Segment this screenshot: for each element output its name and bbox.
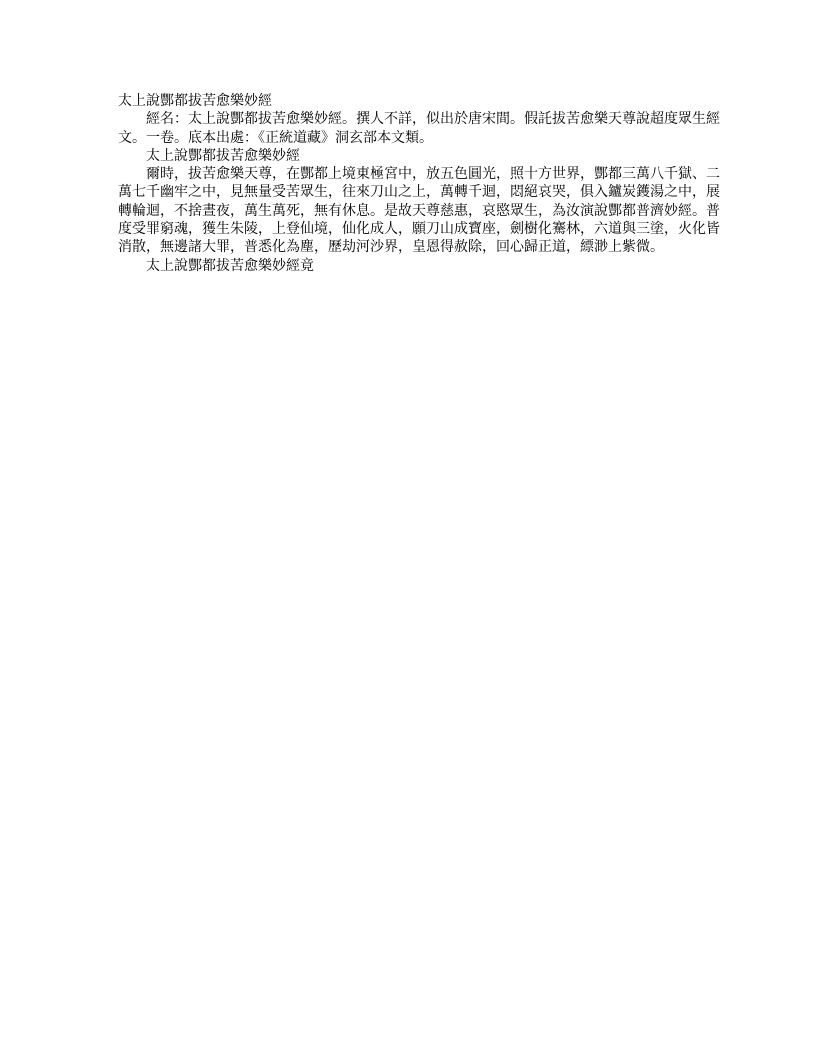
- document-page: 太上說酆都拔苦愈樂妙經 經名：太上說酆都拔苦愈樂妙經。撰人不詳，似出於唐宋間。假…: [0, 0, 816, 1056]
- scripture-title-line: 太上說酆都拔苦愈樂妙經: [118, 148, 720, 166]
- scripture-body: 爾時，拔苦愈樂天尊，在酆都上境東極宮中，放五色圓光，照十方世界，酆都三萬八千獄、…: [118, 166, 720, 257]
- bibliographic-note: 經名：太上說酆都拔苦愈樂妙經。撰人不詳，似出於唐宋間。假託拔苦愈樂天尊說超度眾生…: [118, 111, 720, 148]
- scripture-end-line: 太上說酆都拔苦愈樂妙經竟: [118, 258, 720, 276]
- text-block: 太上說酆都拔苦愈樂妙經 經名：太上說酆都拔苦愈樂妙經。撰人不詳，似出於唐宋間。假…: [118, 93, 720, 276]
- doc-title-line: 太上說酆都拔苦愈樂妙經: [118, 93, 720, 111]
